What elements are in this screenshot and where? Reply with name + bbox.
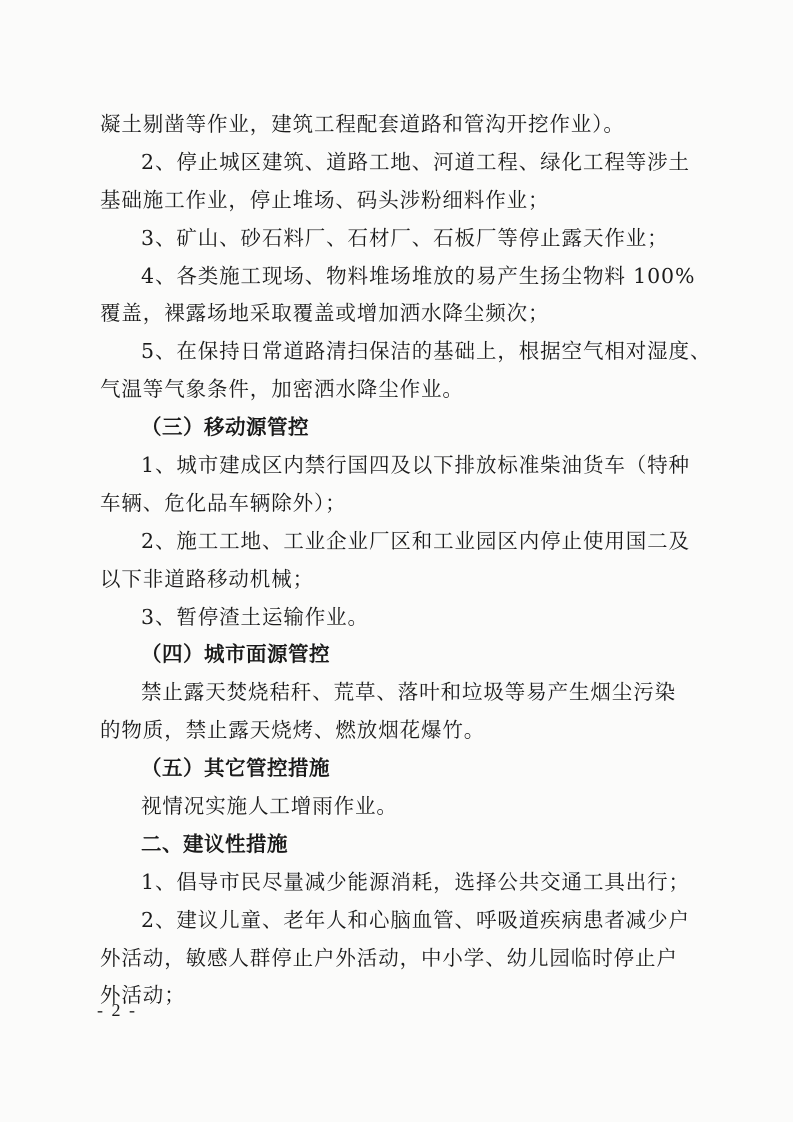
- paragraph-line: 2、停止城区建筑、道路工地、河道工程、绿化工程等涉土: [100, 144, 692, 182]
- paragraph-line: 以下非道路移动机械；: [100, 561, 692, 599]
- paragraph-line: 禁止露天焚烧秸秆、荒草、落叶和垃圾等易产生烟尘污染: [100, 674, 692, 712]
- paragraph-line: 5、在保持日常道路清扫保洁的基础上，根据空气相对湿度、: [100, 333, 692, 371]
- paragraph-line: 1、城市建成区内禁行国四及以下排放标准柴油货车（特种: [100, 447, 692, 485]
- paragraph-line: 2、建议儿童、老年人和心脑血管、呼吸道疾病患者减少户: [100, 902, 692, 940]
- paragraph-line: 的物质，禁止露天烧烤、燃放烟花爆竹。: [100, 712, 692, 750]
- paragraph-line: 外活动，敏感人群停止户外活动，中小学、幼儿园临时停止户: [100, 940, 692, 978]
- paragraph-line: 3、矿山、砂石料厂、石材厂、石板厂等停止露天作业；: [100, 220, 692, 258]
- paragraph-line: 视情况实施人工增雨作业。: [100, 788, 692, 826]
- section-heading-urban-area-source: （四）城市面源管控: [100, 636, 692, 674]
- paragraph-line: 凝土剔凿等作业，建筑工程配套道路和管沟开挖作业）。: [100, 106, 692, 144]
- paragraph-line: 基础施工作业，停止堆场、码头涉粉细料作业；: [100, 182, 692, 220]
- document-body: 凝土剔凿等作业，建筑工程配套道路和管沟开挖作业）。 2、停止城区建筑、道路工地、…: [100, 106, 692, 1015]
- paragraph-line: 4、各类施工现场、物料堆场堆放的易产生扬尘物料 100%: [100, 258, 692, 296]
- page-number: - 2 -: [97, 1000, 137, 1021]
- paragraph-line: 3、暂停渣土运输作业。: [100, 599, 692, 637]
- section-heading-other-measures: （五）其它管控措施: [100, 750, 692, 788]
- paragraph-line: 1、倡导市民尽量减少能源消耗，选择公共交通工具出行；: [100, 864, 692, 902]
- paragraph-line: 气温等气象条件，加密洒水降尘作业。: [100, 371, 692, 409]
- section-heading-mobile-source: （三）移动源管控: [100, 409, 692, 447]
- paragraph-line: 外活动；: [100, 977, 692, 1015]
- section-heading-advisory-measures: 二、建议性措施: [100, 826, 692, 864]
- paragraph-line: 2、施工工地、工业企业厂区和工业园区内停止使用国二及: [100, 523, 692, 561]
- paragraph-line: 车辆、危化品车辆除外）；: [100, 485, 692, 523]
- paragraph-line: 覆盖，裸露场地采取覆盖或增加洒水降尘频次；: [100, 295, 692, 333]
